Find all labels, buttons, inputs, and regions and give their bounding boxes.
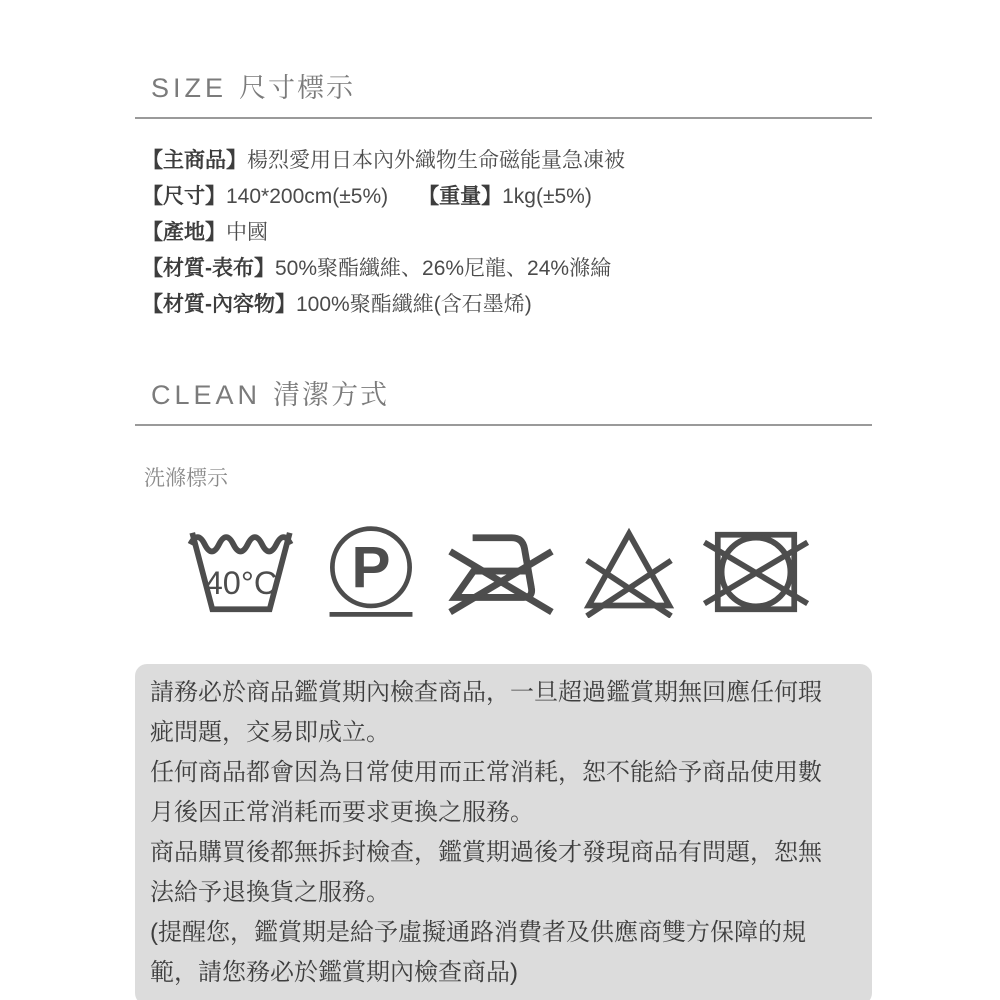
spec-value: 100%聚酯纖維(含石墨烯) <box>296 293 532 316</box>
size-title-zh: 尺寸標示 <box>239 73 355 103</box>
laundry-icons-row: 40°C P <box>135 524 872 620</box>
spec-row-size-weight: 【尺寸】140*200cm(±5%)【重量】1kg(±5%) <box>142 179 872 215</box>
spec-value: 50%聚酯纖維、26%尼龍、24%滌綸 <box>275 257 611 280</box>
page-root: SIZE尺寸標示 【主商品】楊烈愛用日本內外織物生命磁能量急凍被 【尺寸】140… <box>135 0 872 1000</box>
spec-value: 中國 <box>226 221 268 244</box>
notice-box: 請務必於商品鑑賞期內檢查商品，一旦超過鑑賞期無回應任何瑕 疵問題，交易即成立。 … <box>135 664 872 1000</box>
dry-clean-letter: P <box>352 535 391 600</box>
spec-label: 【尺寸】 <box>142 185 226 208</box>
do-not-tumble-dry-icon <box>702 529 810 615</box>
wash-temp-text: 40°C <box>205 565 278 601</box>
notice-paragraph: 商品購買後都無拆封檢查，鑑賞期過後才發現商品有問題，恕無 法給予退換貨之服務。 <box>150 833 852 913</box>
spec-row-main-product: 【主商品】楊烈愛用日本內外織物生命磁能量急凍被 <box>142 143 872 179</box>
spec-label: 【重量】 <box>418 185 502 208</box>
clean-section-title: CLEAN清潔方式 <box>135 373 872 426</box>
size-section-title: SIZE尺寸標示 <box>135 66 872 119</box>
spec-row-material-shell: 【材質-表布】50%聚酯纖維、26%尼龍、24%滌綸 <box>142 251 872 287</box>
size-title-en: SIZE <box>151 73 227 103</box>
spec-label: 【產地】 <box>142 221 226 244</box>
clean-title-zh: 清潔方式 <box>273 380 389 410</box>
do-not-bleach-icon <box>581 526 677 618</box>
clean-title-en: CLEAN <box>151 380 261 410</box>
notice-paragraph: (提醒您，鑑賞期是給予虛擬通路消費者及供應商雙方保障的規 範，請您務必於鑑賞期內… <box>150 913 852 993</box>
spec-value: 1kg(±5%) <box>502 185 592 208</box>
spec-list: 【主商品】楊烈愛用日本內外織物生命磁能量急凍被 【尺寸】140*200cm(±5… <box>135 143 872 323</box>
spec-row-origin: 【產地】中國 <box>142 215 872 251</box>
notice-paragraph: 請務必於商品鑑賞期內檢查商品，一旦超過鑑賞期無回應任何瑕 疵問題，交易即成立。 <box>150 673 852 753</box>
spec-label: 【材質-表布】 <box>142 257 275 280</box>
spec-value: 楊烈愛用日本內外織物生命磁能量急凍被 <box>247 149 625 172</box>
spec-value: 140*200cm(±5%) <box>226 185 388 208</box>
spec-label: 【材質-內容物】 <box>142 293 296 316</box>
notice-paragraph: 任何商品都會因為日常使用而正常消耗，恕不能給予商品使用數 月後因正常消耗而要求更… <box>150 753 852 833</box>
do-not-iron-icon <box>446 527 556 617</box>
machine-wash-40c-icon: 40°C <box>185 529 297 615</box>
wash-care-label: 洗滌標示 <box>135 462 872 492</box>
spec-row-material-filling: 【材質-內容物】100%聚酯纖維(含石墨烯) <box>142 287 872 323</box>
spec-label: 【主商品】 <box>142 149 247 172</box>
dry-clean-p-icon: P <box>322 524 420 620</box>
